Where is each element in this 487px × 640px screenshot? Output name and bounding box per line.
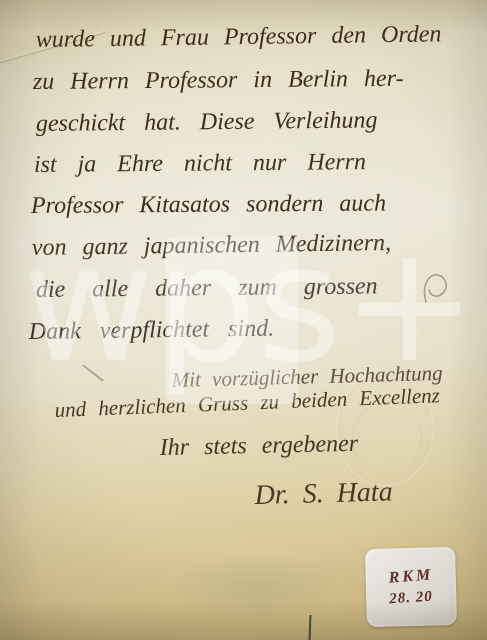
ink-smudge — [168, 552, 343, 624]
handwritten-closing-line: Ihr stets ergebener — [159, 432, 358, 460]
handwritten-line: zu Herrn Professor in Berlin her- — [33, 67, 404, 94]
handwritten-line: wurde und Frau Professor den Orden — [36, 22, 442, 52]
signature: Dr. S. Hata — [254, 478, 393, 510]
embossed-seal-inner — [352, 402, 422, 474]
pen-mark — [309, 615, 312, 640]
inventory-sticker: RKM 28. 20 — [365, 547, 457, 627]
sticker-code-line2: 28. 20 — [389, 589, 433, 607]
sticker-code-line1: RKM — [388, 567, 434, 586]
watermark-text: wps+ — [22, 224, 477, 386]
pencil-loop-mark — [421, 271, 451, 305]
letter-photograph: wurde und Frau Professor den Orden zu He… — [0, 0, 487, 640]
handwritten-line: geschickt hat. Diese Verleihung — [36, 108, 378, 136]
handwritten-line: ist ja Ehre nicht nur Herrn — [34, 150, 366, 177]
